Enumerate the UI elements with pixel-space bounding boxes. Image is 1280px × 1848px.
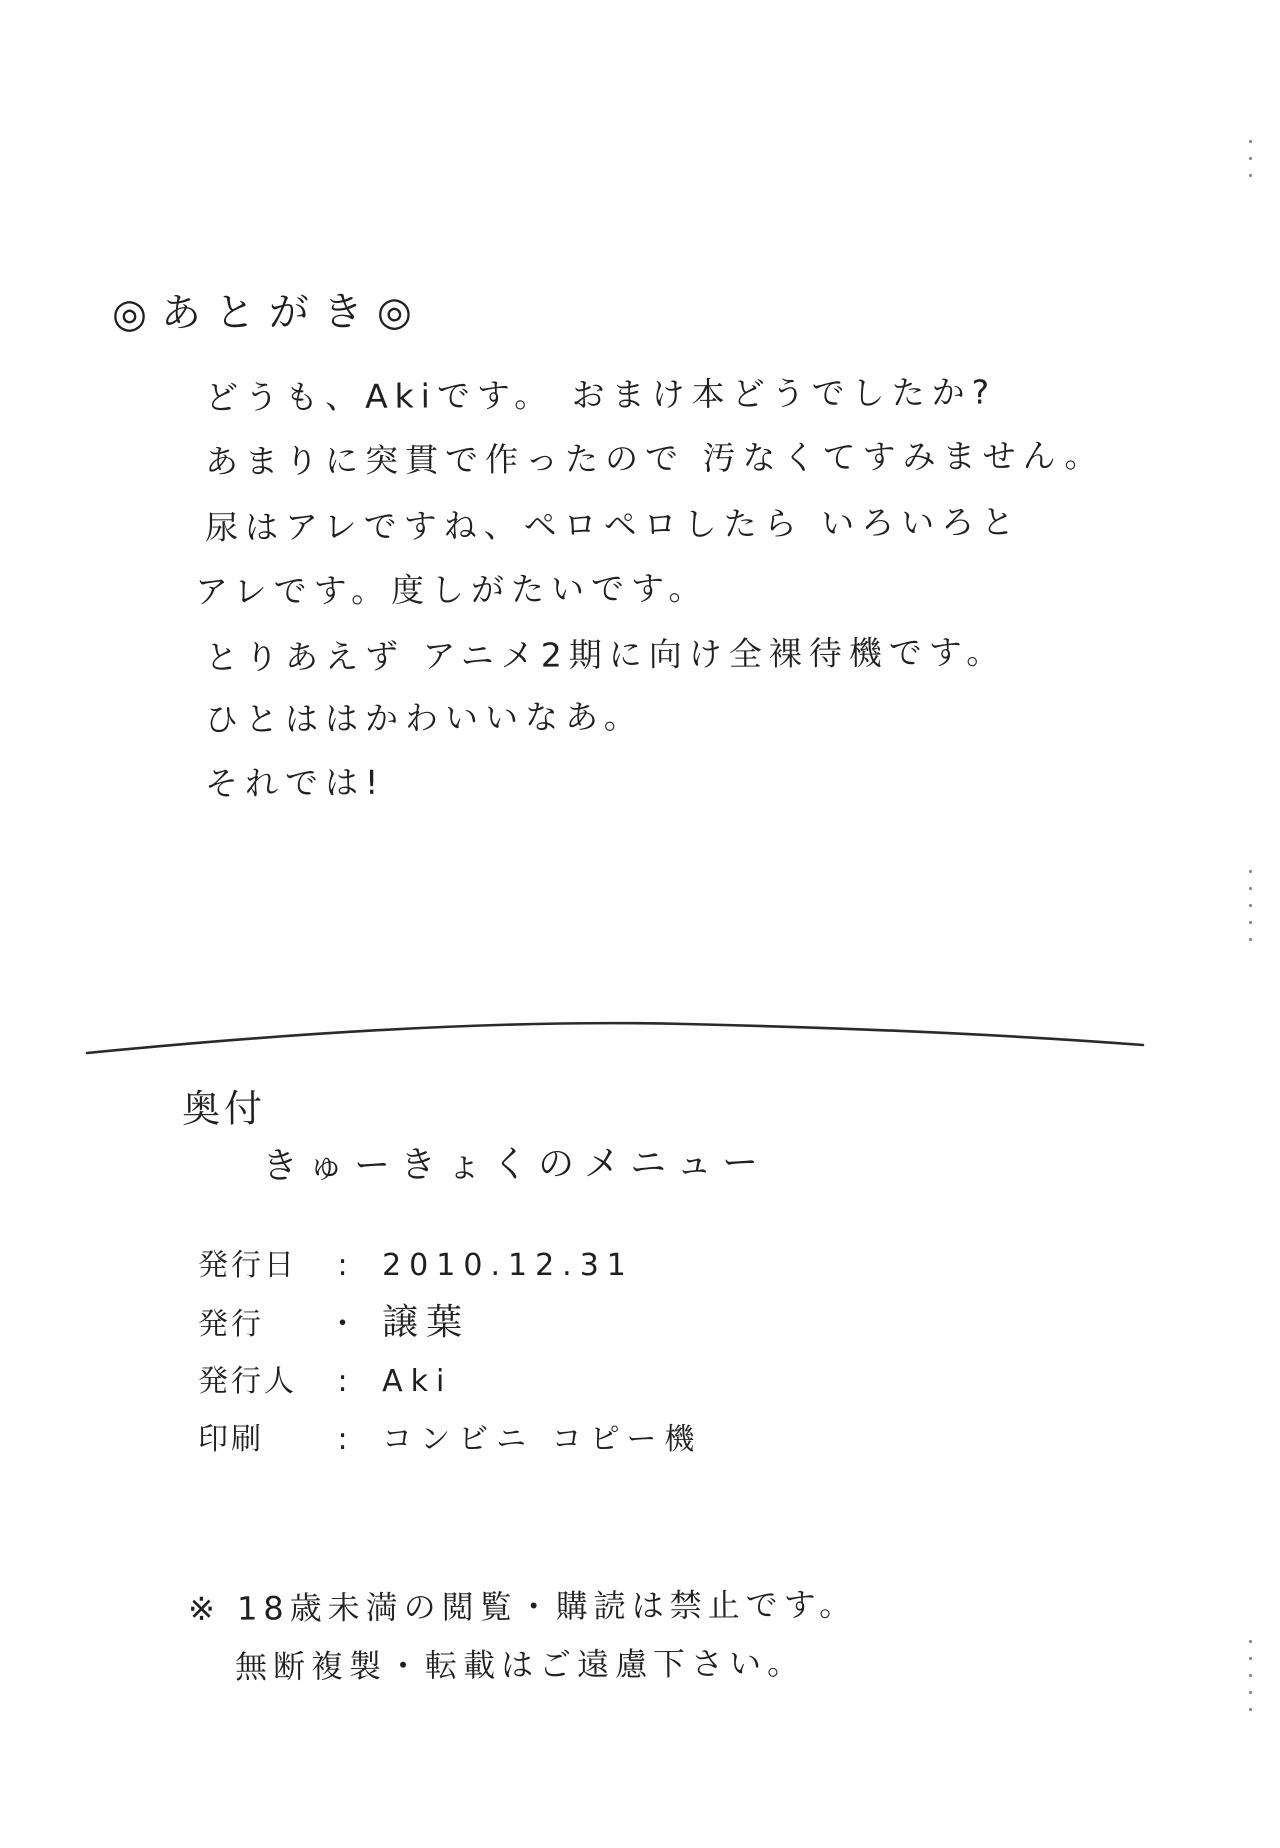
scan-artifact — [1249, 1640, 1252, 1725]
afterword-line: ひとははかわいいなあ。 — [205, 691, 644, 741]
afterword-line: どうも、Akiです。 おまけ本どうでしたか? — [205, 366, 997, 419]
row-value: 2010.12.31 — [382, 1248, 634, 1283]
colophon-heading: 奥付 — [182, 1077, 266, 1133]
row-label: 印刷 — [198, 1414, 303, 1458]
row-value: Aki — [382, 1364, 452, 1399]
colophon-row-publisher: 発行 ・ 譲葉 — [198, 1294, 470, 1345]
row-label: 発行人 — [198, 1356, 303, 1400]
row-value: 譲葉 — [382, 1294, 470, 1345]
afterword-line: アレです。度しがたいです。 — [195, 562, 709, 613]
afterword-title: ◎あとがき◎ — [112, 280, 426, 339]
book-title: きゅーきょくのメニュー — [262, 1134, 768, 1189]
afterword-line: それでは! — [205, 757, 386, 805]
row-separator: ・ — [313, 1299, 373, 1343]
row-separator: : — [313, 1364, 373, 1399]
row-separator: : — [313, 1248, 373, 1283]
row-value: コンビニ コピー機 — [382, 1414, 702, 1458]
row-separator: : — [313, 1422, 373, 1457]
row-label: 発行 — [198, 1299, 303, 1343]
afterword-line: あまりに突貫で作ったので 汚なくてすみません。 — [205, 430, 1105, 483]
scanned-page: ◎あとがき◎ どうも、Akiです。 おまけ本どうでしたか? あまりに突貫で作った… — [0, 0, 1280, 1848]
row-label: 発行日 — [198, 1240, 303, 1284]
afterword-line: とりあえず アニメ2期に向け全裸待機です。 — [205, 626, 1007, 679]
age-restriction-notice: ※ 18歳未満の閲覧・購読は禁止です。 — [188, 1579, 857, 1630]
afterword-line: 尿はアレですね、ペロペロしたら いろいろと — [205, 496, 1021, 549]
copyright-notice: 無断複製・転載はご遠慮下さい。 — [235, 1638, 805, 1688]
colophon-row-printing: 印刷 : コンビニ コピー機 — [198, 1414, 702, 1458]
colophon-row-publish-date: 発行日 : 2010.12.31 — [198, 1240, 634, 1284]
colophon-row-issuer: 発行人 : Aki — [198, 1356, 452, 1400]
divider-line — [85, 1020, 1145, 1060]
scan-artifact — [1249, 140, 1252, 191]
scan-artifact — [1249, 870, 1252, 955]
